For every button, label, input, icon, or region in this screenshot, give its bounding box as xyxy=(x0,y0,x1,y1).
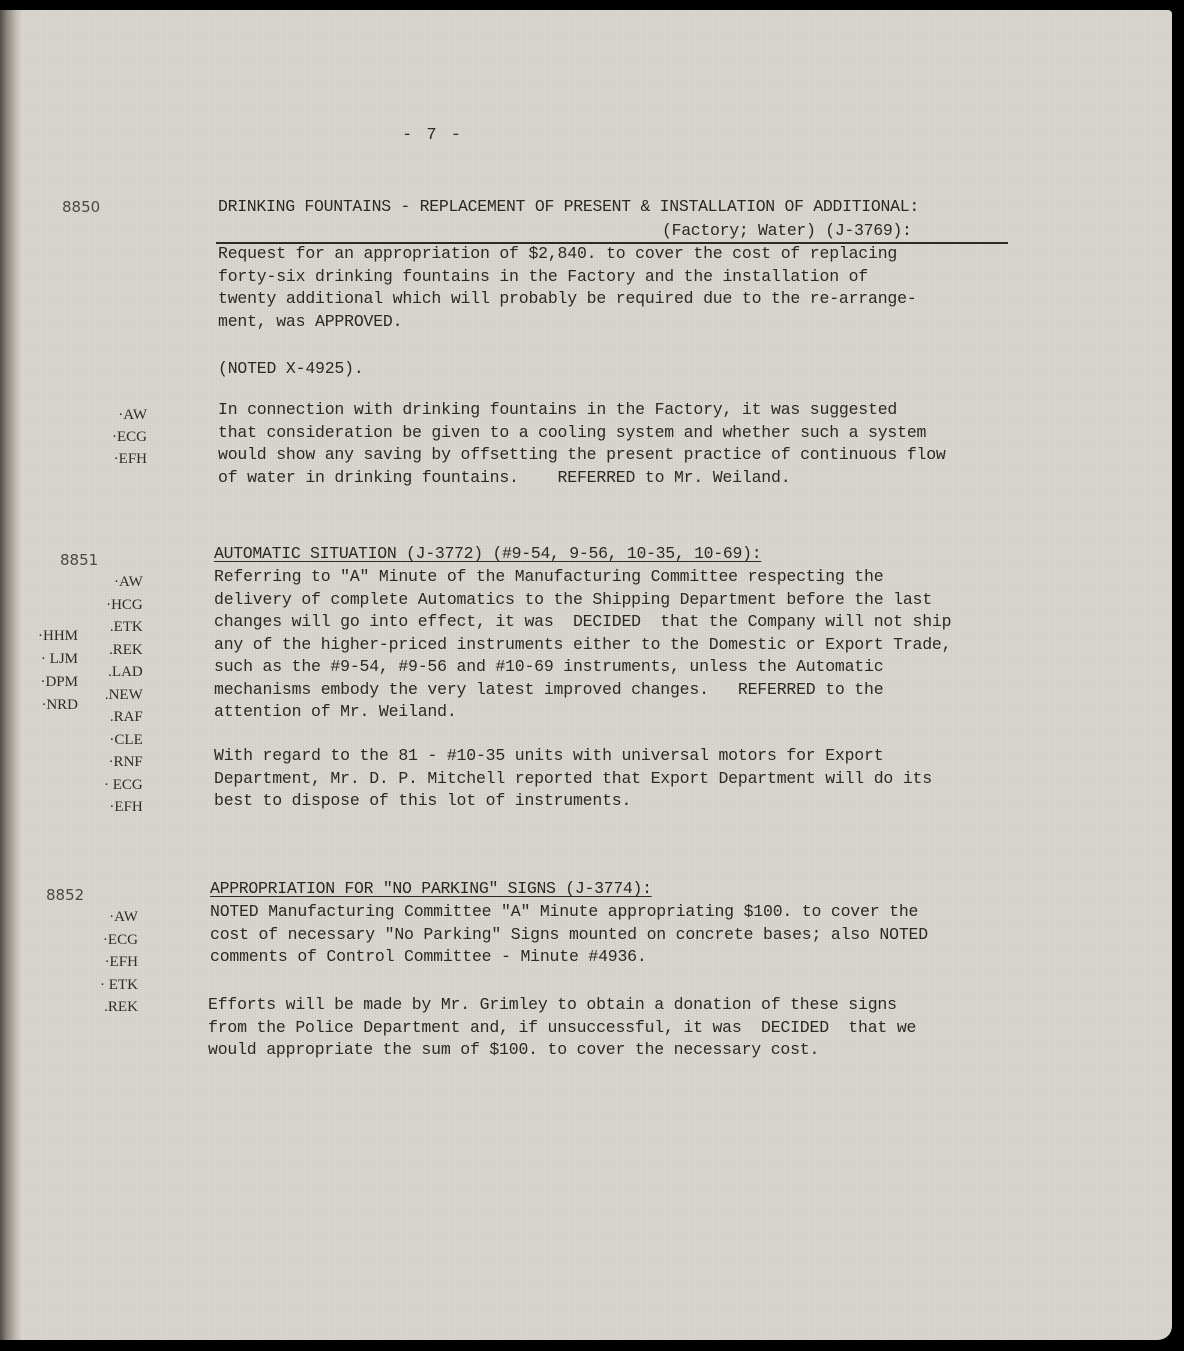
document-page: - 7 - 8850 DRINKING FOUNTAINS - REPLACEM… xyxy=(0,10,1172,1340)
minute-heading-subline: (Factory; Water) (J-3769): xyxy=(662,221,912,240)
minute-heading: APPROPRIATION FOR "NO PARKING" SIGNS (J-… xyxy=(210,879,652,898)
minute-paragraph: With regard to the 81 - #10-35 units wit… xyxy=(214,745,932,813)
minute-heading: DRINKING FOUNTAINS - REPLACEMENT OF PRES… xyxy=(218,197,919,216)
minute-number: 8850 xyxy=(62,198,100,216)
initials-list: ·AW ·ECG ·EFH · ETK .REK xyxy=(100,906,138,1019)
minute-heading: AUTOMATIC SITUATION (J-3772) (#9-54, 9-5… xyxy=(214,544,761,563)
initials-list-left: ·HHM · LJM ·DPM ·NRD xyxy=(38,625,78,717)
page-number: - 7 - xyxy=(402,126,463,145)
minute-number: 8851 xyxy=(60,551,98,569)
minute-paragraph: Referring to "A" Minute of the Manufactu… xyxy=(214,566,951,724)
initials-list: ·AW ·HCG .ETK .REK .LAD .NEW .RAF ·CLE ·… xyxy=(104,571,143,819)
minute-paragraph: NOTED Manufacturing Committee "A" Minute… xyxy=(210,901,928,969)
minute-paragraph: Efforts will be made by Mr. Grimley to o… xyxy=(208,994,916,1062)
minute-paragraph: Request for an appropriation of $2,840. … xyxy=(218,243,917,333)
minute-paragraph: (NOTED X-4925). xyxy=(218,358,364,381)
binding-spine xyxy=(0,10,22,1340)
minute-number: 8852 xyxy=(46,886,84,904)
minute-paragraph: In connection with drinking fountains in… xyxy=(218,399,946,489)
initials-list: ·AW ·ECG ·EFH xyxy=(112,404,147,470)
